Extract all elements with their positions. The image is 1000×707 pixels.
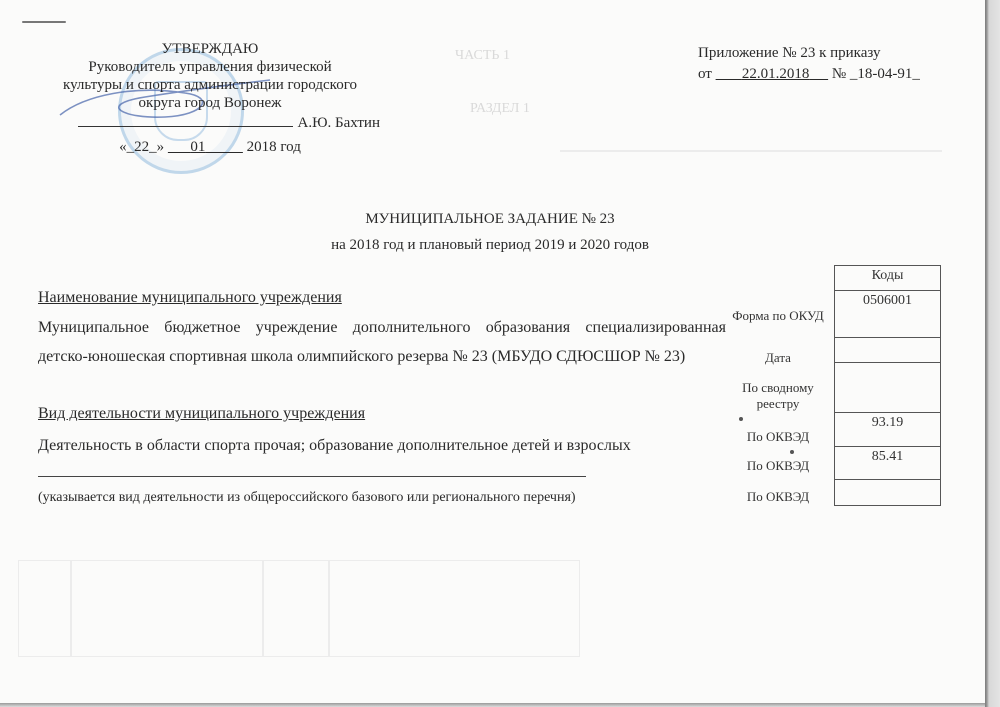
approval-month: 01 [190,139,205,155]
code-okved-3 [835,480,941,506]
approval-date: «_22_» 01 2018 год [40,138,380,156]
institution-label: Наименование муниципального учреждения [38,289,342,307]
approver-position: культуры и спорта администрации городско… [40,76,380,94]
bleed-through-table-line [70,560,72,657]
order-date-prefix: от [698,66,712,82]
code-label-registry: По сводному реестру [728,380,828,412]
document-page: ЧАСТЬ 1 РАЗДЕЛ 1 УТВЕРЖДАЮ Руководитель … [0,0,1000,707]
scan-dot [739,417,743,421]
order-date-field: 22.01.2018 [716,66,829,82]
activity-value: Деятельность в области спорта прочая; об… [38,437,631,455]
signature-underline [78,112,293,127]
scan-edge-bottom [0,703,985,707]
code-label-okved-3: По ОКВЭД [728,489,828,505]
activity-underline [38,476,586,477]
appendix-title: Приложение № 23 к приказу [698,43,920,64]
approval-block: УТВЕРЖДАЮ Руководитель управления физиче… [40,40,380,156]
approval-year: 2018 год [247,139,301,155]
code-okved-2: 85.41 [835,447,941,480]
code-date [835,338,941,363]
order-number-prefix: № [832,66,846,82]
order-date: 22.01.2018 [742,66,810,82]
code-label-okud: Форма по ОКУД [728,308,828,324]
approval-month-field: 01 [168,139,243,155]
bleed-through-table [18,560,580,657]
document-period: на 2018 год и плановый период 2019 и 202… [0,232,1000,258]
signatory-name: А.Ю. Бахтин [297,115,380,131]
code-okved-1: 93.19 [835,413,941,447]
activity-label: Вид деятельности муниципального учрежден… [38,405,365,423]
institution-name-line1: Муниципальное бюджетное учреждение допол… [38,313,726,343]
signature-line: А.Ю. Бахтин [40,112,380,132]
codes-header: Коды [835,266,941,291]
appendix-block: Приложение № 23 к приказу от 22.01.2018 … [698,43,920,85]
institution-name-line2: детско-юношеская спортивная школа олимпи… [38,348,685,366]
codes-table: Коды 0506001 93.19 85.41 [834,265,941,506]
approver-position: Руководитель управления физической [40,58,380,76]
code-okud: 0506001 [835,291,941,338]
code-label-date: Дата [728,350,828,366]
code-label-okved-2: По ОКВЭД [728,458,828,474]
scan-mark [22,21,66,23]
approval-day: «_22_» [119,139,164,155]
bleed-through-part: ЧАСТЬ 1 [455,48,510,64]
order-reference: от 22.01.2018 № _18-04-91_ [698,64,920,85]
code-label-okved-1: По ОКВЭД [728,429,828,445]
scan-dot [790,450,794,454]
scan-edge-right [985,0,1000,707]
document-title-block: МУНИЦИПАЛЬНОЕ ЗАДАНИЕ № 23 на 2018 год и… [0,206,1000,258]
bleed-through-line [560,150,942,152]
approver-position: округа город Воронеж [40,94,380,112]
bleed-through-section: РАЗДЕЛ 1 [470,101,530,117]
approval-heading: УТВЕРЖДАЮ [40,40,380,58]
order-number: _18-04-91_ [850,66,920,82]
bleed-through-table-line [262,560,264,657]
bleed-through-table-line [328,560,330,657]
document-title: МУНИЦИПАЛЬНОЕ ЗАДАНИЕ № 23 [0,206,1000,232]
code-registry [835,363,941,413]
activity-hint: (указывается вид деятельности из общерос… [38,490,576,506]
